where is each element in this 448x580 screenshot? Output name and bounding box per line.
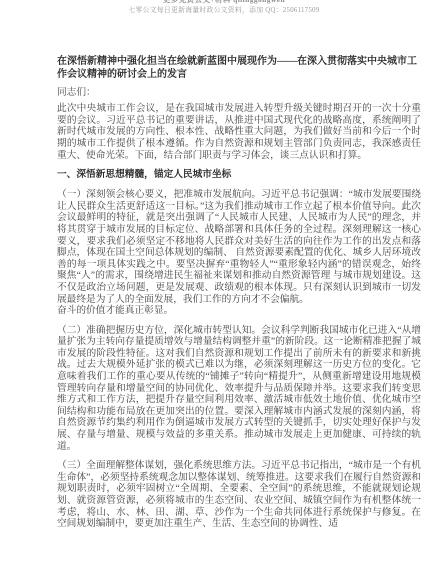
document-body: 在深悟新精神中强化担当在绘就新蓝图中展现作为——在深入贯彻落实中央城市工作会议精… [57,56,421,538]
page-header: 更多免费公文+材料 qilinggongwen 七零公文每日更新海量时政公文资料… [0,0,448,15]
section-1-heading: 一、深悟新思想精髓，锚定人民城市坐标 [57,169,421,181]
paragraph-intro: 此次中央城市工作会议，是在我国城市发展进入转型升级关键时期召开的一次十分重要的会… [57,103,421,161]
document-title: 在深悟新精神中强化担当在绘就新蓝图中展现作为——在深入贯彻落实中央城市工作会议精… [57,56,421,82]
salutation: 同志们： [57,87,421,99]
header-contact-line: 七零公文每日更新海量时政公文资料，添加 QQ：2506117509 [0,7,448,15]
paragraph-1-2: （二）准确把握历史方位，深化城市转型认知。会议科学判断我国城市化已进入“从增量扩… [57,325,421,453]
paragraph-1-1: （一）深刻领会核心要义，把准城市发展航向。习近平总书记强调：“城市发展要围绕让人… [57,189,421,305]
scanned-document-page: 更多免费公文+材料 qilinggongwen 七零公文每日更新海量时政公文资料… [0,0,448,580]
paragraph-1-3: （三）全面理解整体谋划，强化系统思维方法。习近平总书记指出，“城市是一个有机生命… [57,460,421,530]
header-promo-line: 更多免费公文+材料 qilinggongwen [0,0,448,4]
paragraph-1-1-tail-line: 奋斗的价值才能真正彰显。 [57,305,421,317]
